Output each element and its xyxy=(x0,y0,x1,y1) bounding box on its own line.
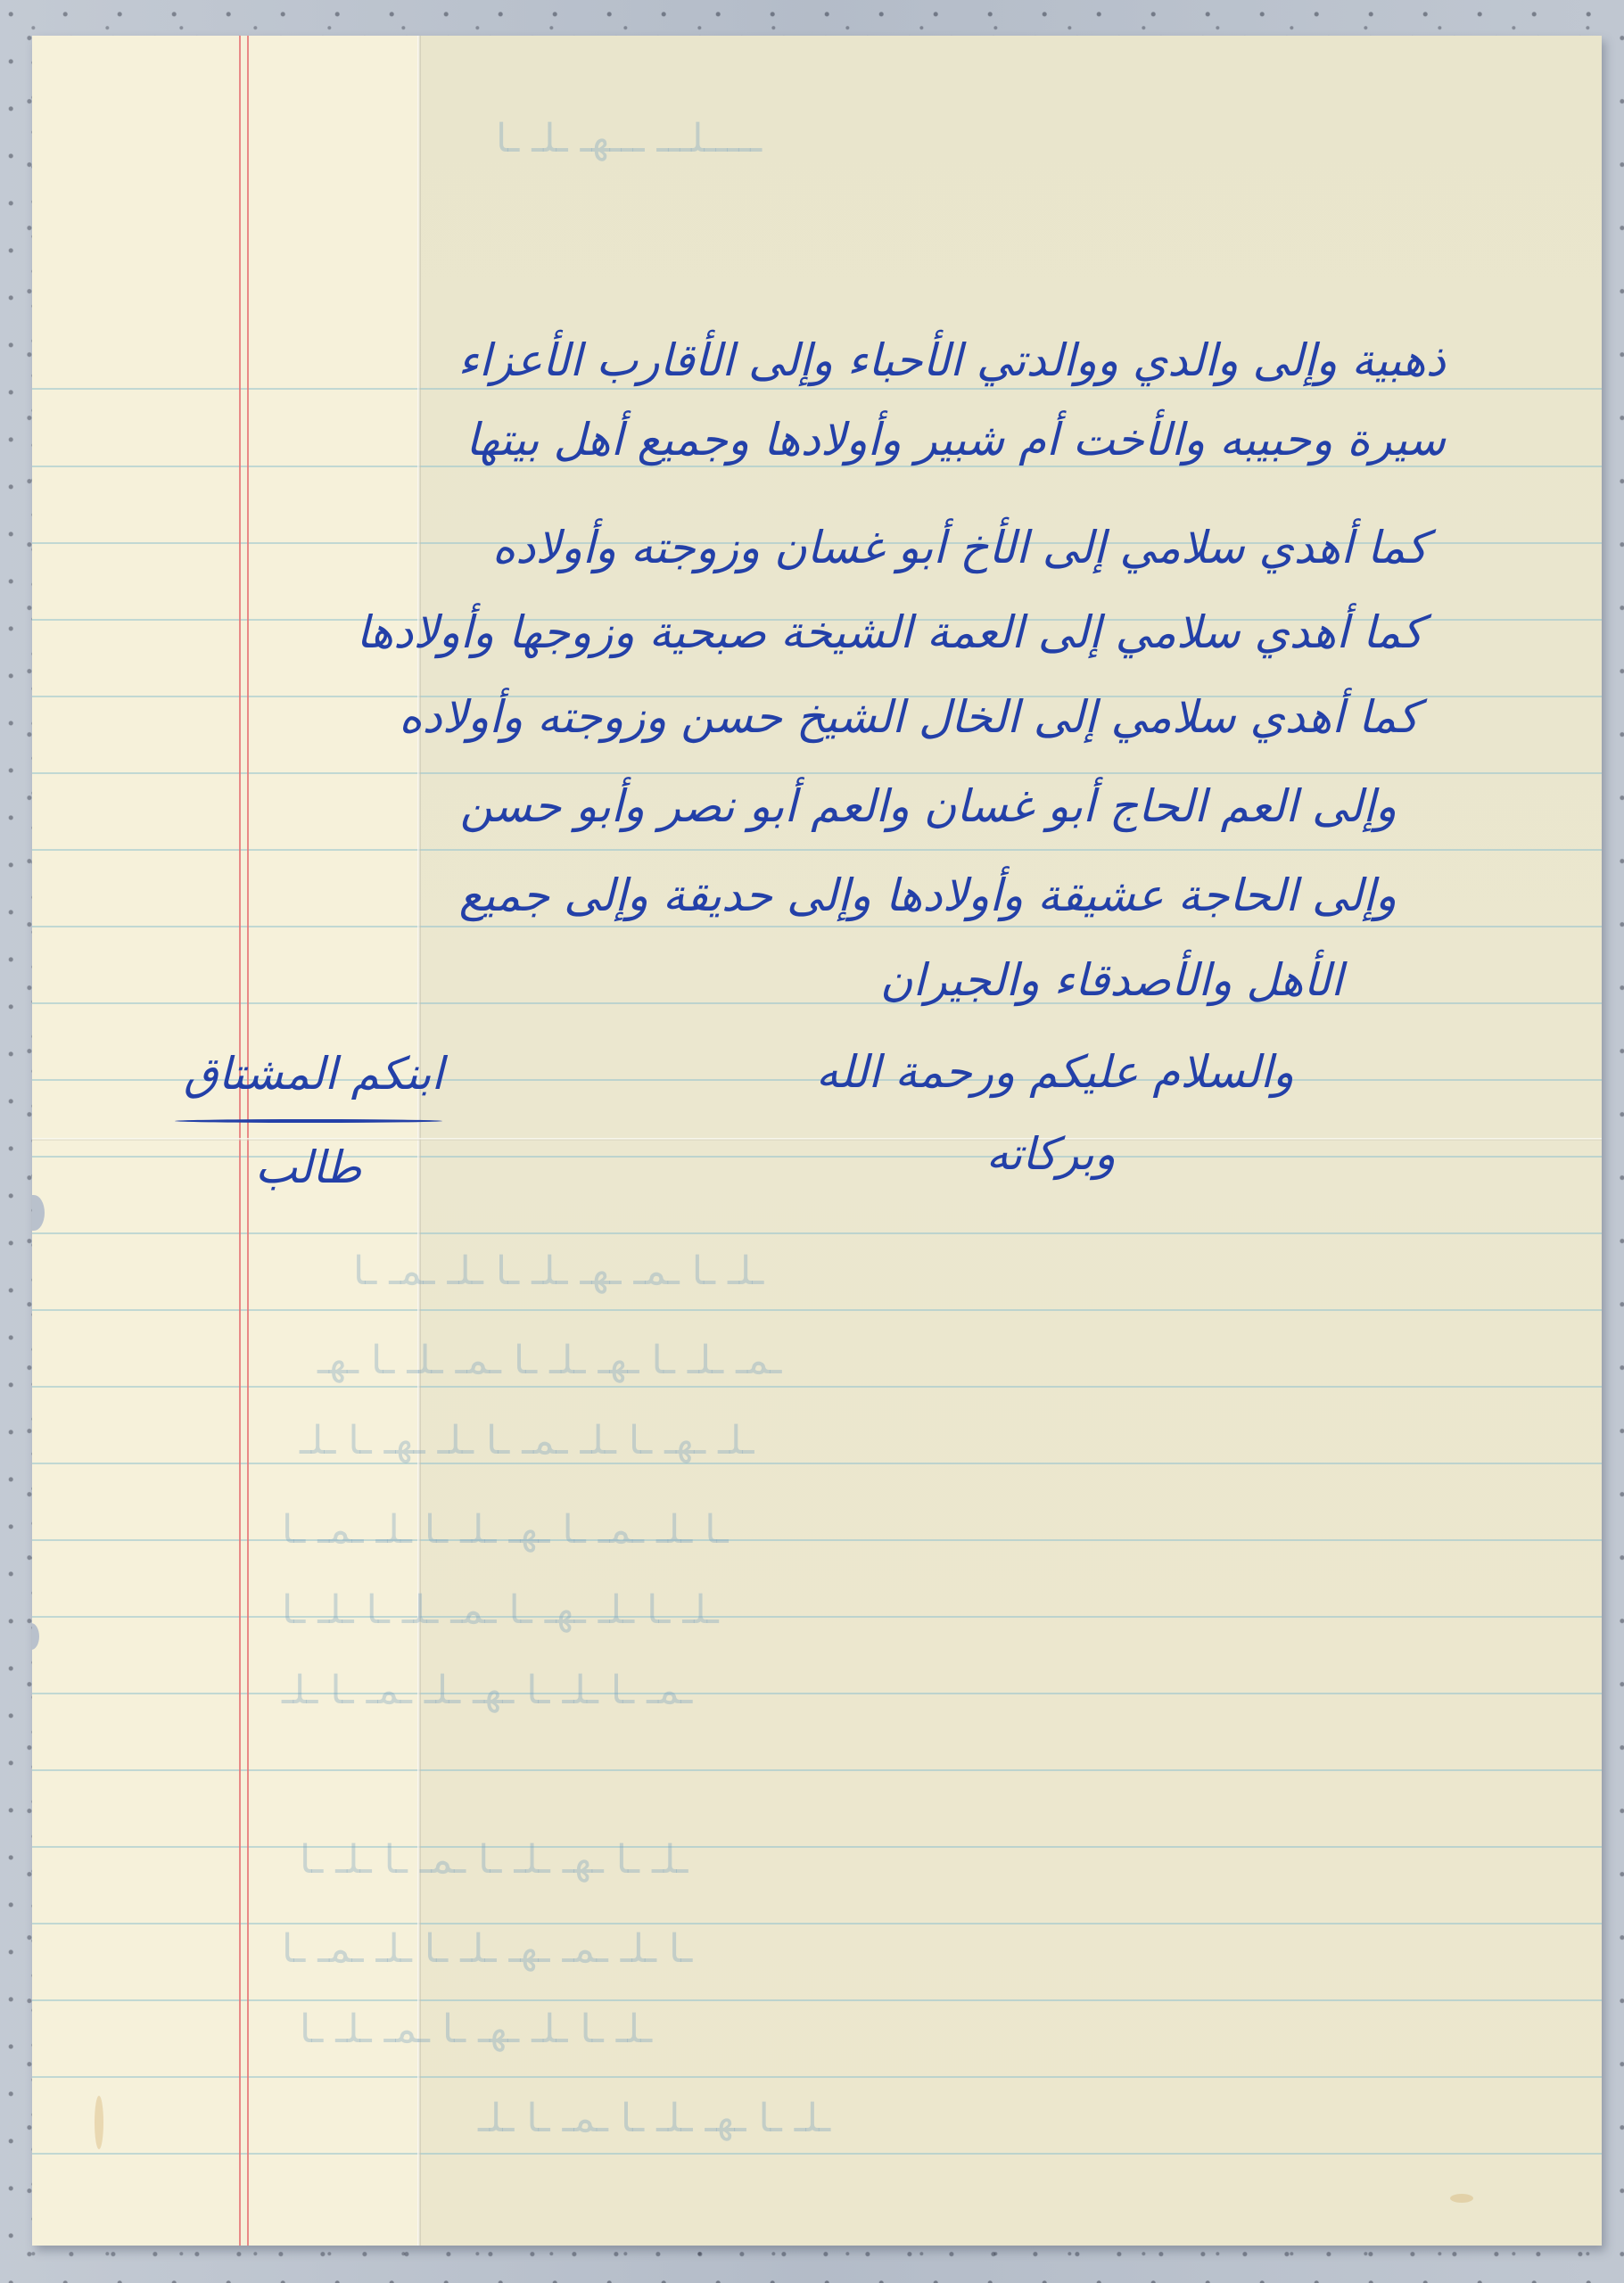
letter-line-2: سيرة وحبيبه والأخت أم شبير وأولادها وجمي… xyxy=(466,414,1446,466)
letter-paper: ـــــلـــ ـــهـ ـلـ ـا ـلـ ـا ـمـ ـهـ ـل… xyxy=(32,36,1602,2246)
letter-closing-2: وبركاته xyxy=(986,1128,1116,1180)
signature-line-1: ابنكم المشتاق xyxy=(184,1048,443,1100)
letter-line-1: ذهبية وإلى والدي ووالدتي الأحباء وإلى ال… xyxy=(458,334,1446,386)
letter-line-5: كما أهدي سلامي إلى الخال الشيخ حسن وزوجت… xyxy=(399,691,1419,743)
signature-name: طالب xyxy=(255,1141,361,1193)
letter-line-6: وإلى العم الحاج أبو غسان والعم أبو نصر و… xyxy=(460,780,1397,832)
letter-closing: والسلام عليكم ورحمة الله xyxy=(816,1046,1294,1098)
letter-body: ذهبية وإلى والدي ووالدتي الأحباء وإلى ال… xyxy=(32,36,1602,2246)
letter-line-3: كما أهدي سلامي إلى الأخ أبو غسان وزوجته … xyxy=(492,522,1428,573)
letter-line-8: الأهل والأصدقاء والجيران xyxy=(880,954,1343,1006)
signature-underline xyxy=(175,1119,442,1123)
letter-line-4: كما أهدي سلامي إلى العمة الشيخة صبحية وز… xyxy=(357,606,1423,658)
letter-line-7: وإلى الحاجة عشيقة وأولادها وإلى حديقة وإ… xyxy=(459,870,1397,921)
